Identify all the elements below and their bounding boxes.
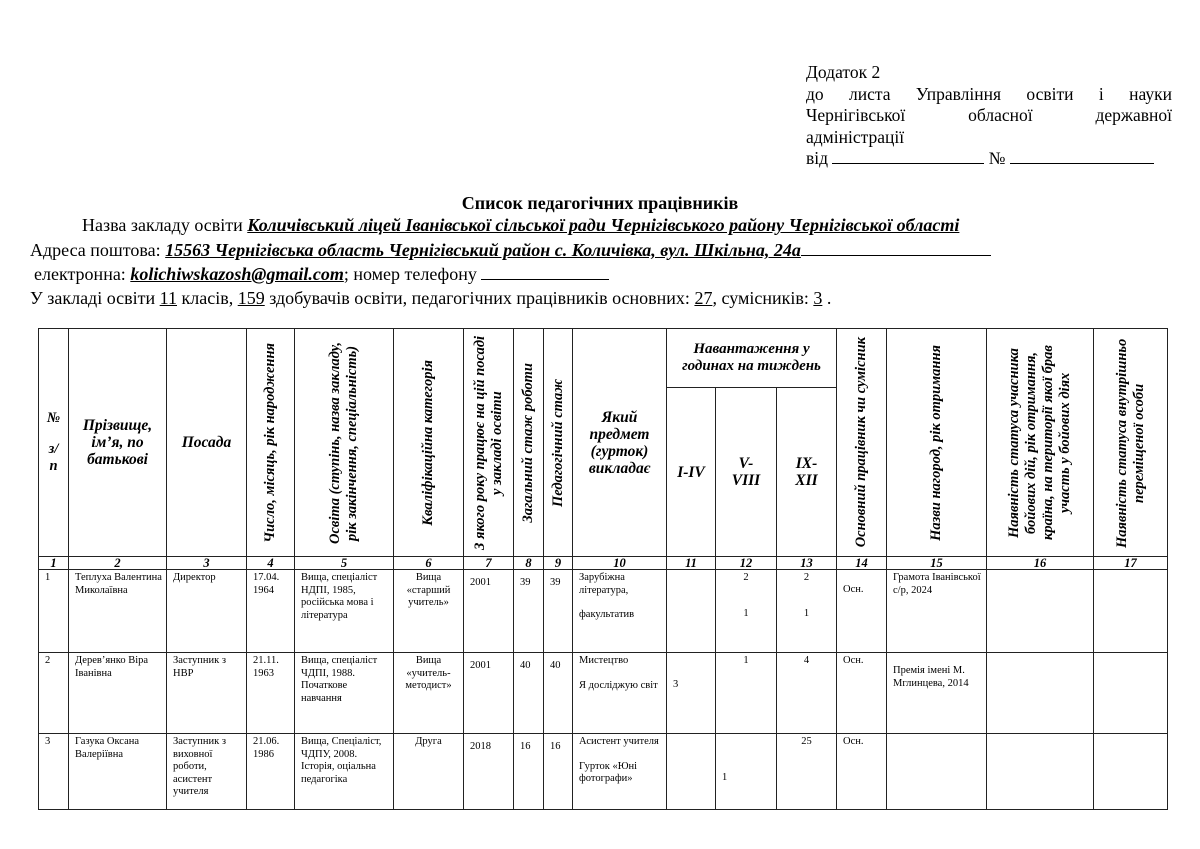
cell-awards: Премія імені М. Мглинцева, 2014 bbox=[887, 653, 987, 734]
cell-load-1-4-b: 3 bbox=[673, 679, 711, 692]
header-num-b: з/ bbox=[39, 441, 68, 458]
cell-education: Вища, Спеціаліст, ЧДПУ, 2008. Історія, о… bbox=[295, 734, 394, 810]
column-number: 13 bbox=[777, 557, 837, 570]
appendix-line-2: Чернігівської обласної державної bbox=[806, 105, 1172, 127]
cell-name: Дерев’янко Віра Іванівна bbox=[69, 653, 167, 734]
cell-load-1-4-a bbox=[669, 572, 713, 596]
cell-position: Заступник з виховної роботи, асистент уч… bbox=[167, 734, 247, 810]
cell-since-year: 2001 bbox=[464, 570, 514, 653]
cell-ped-exp: 39 bbox=[544, 570, 573, 653]
cell-total-exp: 40 bbox=[514, 653, 544, 734]
cell-position: Заступник з НВР bbox=[167, 653, 247, 734]
header-birth-text: Число, місяць, рік народження bbox=[262, 343, 279, 543]
header-name-text: Прізвище, ім’я, по батькові bbox=[69, 417, 166, 468]
header-idp: Наявність статуса внутрішньо переміщеної… bbox=[1094, 329, 1168, 557]
header-idp-text: Наявність статуса внутрішньо переміщеної… bbox=[1114, 332, 1148, 554]
cell-idp bbox=[1094, 734, 1168, 810]
students-label: здобувачів освіти, педагогічних працівни… bbox=[269, 288, 690, 308]
cell-load-1-4: 3 bbox=[667, 653, 716, 734]
subject-primary: Зарубіжна література, bbox=[579, 572, 662, 597]
students-count: 159 bbox=[238, 288, 265, 308]
cell-load-1-4 bbox=[667, 570, 716, 653]
column-number: 16 bbox=[987, 557, 1094, 570]
cell-name: Газука Оксана Валеріївна bbox=[69, 734, 167, 810]
header-num: № з/ п bbox=[39, 329, 69, 557]
header-education: Освіта (ступінь, назва закладу, рік закі… bbox=[295, 329, 394, 557]
header-num-a: № bbox=[39, 410, 68, 427]
header-awards-text: Назви нагород, рік отримання bbox=[928, 345, 945, 541]
cell-load-9-12-a: 4 bbox=[779, 655, 834, 679]
header-load-1-4: I-IV bbox=[667, 388, 716, 557]
email-link[interactable]: kolichiwskazosh@gmail.com bbox=[130, 264, 344, 284]
cell-load-5-8-a: 1 bbox=[718, 655, 774, 679]
header-birth: Число, місяць, рік народження bbox=[247, 329, 295, 557]
appendix-block: Додаток 2 до листа Управління освіти і н… bbox=[806, 62, 1172, 170]
column-numbers-row: 1234567891011121314151617 bbox=[39, 557, 1168, 570]
cell-load-9-12-a: 25 bbox=[779, 736, 834, 760]
column-number: 10 bbox=[573, 557, 667, 570]
header-ped-exp-text: Педагогічний стаж bbox=[550, 379, 567, 507]
header-position: Посада bbox=[167, 329, 247, 557]
header-row: № з/ п Прізвище, ім’я, по батькові Посад… bbox=[39, 329, 1168, 388]
header-main-or-part: Основний працівник чи сумісник bbox=[837, 329, 887, 557]
postal-line: Адреса поштова: 15563 Чернігівська облас… bbox=[30, 240, 991, 261]
cell-ped-exp: 16 bbox=[544, 734, 573, 810]
cell-load-5-8: 1 bbox=[716, 653, 777, 734]
cell-category: Друга bbox=[394, 734, 464, 810]
cell-idp bbox=[1094, 653, 1168, 734]
cell-load-1-4-a bbox=[673, 655, 711, 679]
cell-category: Вища «учитель-методист» bbox=[394, 653, 464, 734]
from-label: від bbox=[806, 148, 828, 168]
header-load-9-12: IX-XII bbox=[777, 388, 837, 557]
header-since-year: З якого року працює на цій посаді у закл… bbox=[464, 329, 514, 557]
date-blank bbox=[832, 148, 984, 164]
column-number: 2 bbox=[69, 557, 167, 570]
table-row: 2Дерев’янко Віра ІванівнаЗаступник з НВР… bbox=[39, 653, 1168, 734]
postal-label: Адреса поштова: bbox=[30, 240, 161, 260]
column-number: 12 bbox=[716, 557, 777, 570]
table-row: 3Газука Оксана ВалеріївнаЗаступник з вих… bbox=[39, 734, 1168, 810]
cell-load-1-4 bbox=[667, 734, 716, 810]
number-label: № bbox=[989, 148, 1006, 168]
table-row: 1Теплуха Валентина МиколаївнаДиректор17.… bbox=[39, 570, 1168, 653]
cell-education: Вища, спеціаліст НДПІ, 1985, російська м… bbox=[295, 570, 394, 653]
number-blank bbox=[1010, 148, 1154, 164]
appendix-line-3: адміністрації bbox=[806, 127, 1172, 149]
column-number: 15 bbox=[887, 557, 987, 570]
cell-birth: 17.04. 1964 bbox=[247, 570, 295, 653]
stats-line: У закладі освіти 11 класів, 159 здобувач… bbox=[30, 288, 831, 309]
table-body: 1Теплуха Валентина МиколаївнаДиректор17.… bbox=[39, 570, 1168, 810]
header-subject: Який предмет (гурток) викладає bbox=[573, 329, 667, 557]
cell-load-9-12-a: 2 bbox=[779, 572, 834, 596]
cell-load-5-8-b: 1 bbox=[718, 608, 774, 621]
postal-address: 15563 Чернігівська область Чернігівський… bbox=[165, 240, 801, 260]
column-number: 7 bbox=[464, 557, 514, 570]
header-ped-exp: Педагогічний стаж bbox=[544, 329, 573, 557]
header-total-exp-text: Загальний стаж роботи bbox=[520, 363, 537, 523]
column-number: 8 bbox=[514, 557, 544, 570]
cell-combatant bbox=[987, 653, 1094, 734]
appendix-line-1: до листа Управління освіти і науки bbox=[806, 84, 1172, 106]
header-combatant-text: Наявність статуса учасника бойових дій, … bbox=[1006, 332, 1074, 554]
postal-blank bbox=[801, 240, 991, 256]
cell-awards bbox=[887, 734, 987, 810]
cell-awards: Грамота Іванівської с/р, 2024 bbox=[887, 570, 987, 653]
cell-num: 2 bbox=[39, 653, 69, 734]
cell-load-5-8-a bbox=[722, 736, 772, 760]
institution-name: Количівський ліцей Іванівської сільської… bbox=[247, 215, 959, 235]
header-position-text: Посада bbox=[167, 434, 246, 451]
column-number: 5 bbox=[295, 557, 394, 570]
subject-primary: Мистецтво bbox=[579, 655, 662, 668]
cell-load-5-8-b: 1 bbox=[722, 772, 772, 785]
column-number: 17 bbox=[1094, 557, 1168, 570]
cell-num: 1 bbox=[39, 570, 69, 653]
document-title: Список педагогічних працівників bbox=[0, 193, 1200, 214]
classes-label: класів, bbox=[182, 288, 234, 308]
header-load-5-8: V-VIII bbox=[716, 388, 777, 557]
cell-load-5-8: 1 bbox=[716, 734, 777, 810]
cell-total-exp: 39 bbox=[514, 570, 544, 653]
header-subject-text: Який предмет (гурток) викладає bbox=[573, 409, 666, 477]
cell-birth: 21.06. 1986 bbox=[247, 734, 295, 810]
header-load-group-text: Навантаження у годинах на тиждень bbox=[667, 341, 836, 375]
cell-subject: Зарубіжна література,факультатив bbox=[573, 570, 667, 653]
cell-load-5-8-a: 2 bbox=[718, 572, 774, 596]
cell-load-9-12: 21 bbox=[777, 570, 837, 653]
subject-primary: Асистент учителя bbox=[579, 736, 662, 749]
column-number: 3 bbox=[167, 557, 247, 570]
staff-table: № з/ п Прізвище, ім’я, по батькові Посад… bbox=[38, 328, 1168, 810]
cell-since-year: 2001 bbox=[464, 653, 514, 734]
phone-label: ; номер телефону bbox=[344, 264, 477, 284]
header-total-exp: Загальний стаж роботи bbox=[514, 329, 544, 557]
header-category: Кваліфікаційна категорія bbox=[394, 329, 464, 557]
header-since-year-text: З якого року працює на цій посаді у закл… bbox=[472, 332, 506, 554]
header-name: Прізвище, ім’я, по батькові bbox=[69, 329, 167, 557]
main-staff-count: 27 bbox=[694, 288, 712, 308]
cell-num: 3 bbox=[39, 734, 69, 810]
cell-load-9-12: 4 bbox=[777, 653, 837, 734]
phone-blank bbox=[481, 264, 609, 280]
cell-birth: 21.11. 1963 bbox=[247, 653, 295, 734]
cell-subject: МистецтвоЯ досліджую світ bbox=[573, 653, 667, 734]
stats-prefix: У закладі освіти bbox=[30, 288, 155, 308]
header-education-text: Освіта (ступінь, назва закладу, рік закі… bbox=[327, 332, 361, 554]
header-category-text: Кваліфікаційна категорія bbox=[420, 360, 437, 526]
header-awards: Назви нагород, рік отримання bbox=[887, 329, 987, 557]
appendix-title: Додаток 2 bbox=[806, 62, 1172, 84]
cell-main-or-part: Осн. bbox=[837, 570, 887, 653]
cell-education: Вища, спеціаліст ЧДПІ, 1988. Початкове н… bbox=[295, 653, 394, 734]
cell-combatant bbox=[987, 570, 1094, 653]
email-line: електронна: kolichiwskazosh@gmail.com; н… bbox=[34, 264, 609, 285]
email-label: електронна: bbox=[34, 264, 126, 284]
header-num-c: п bbox=[39, 458, 68, 475]
header-load-group: Навантаження у годинах на тиждень bbox=[667, 329, 837, 388]
cell-main-or-part: Осн. bbox=[837, 653, 887, 734]
subject-secondary: факультатив bbox=[579, 609, 662, 622]
cell-ped-exp: 40 bbox=[544, 653, 573, 734]
cell-load-5-8: 21 bbox=[716, 570, 777, 653]
column-number: 14 bbox=[837, 557, 887, 570]
header-combatant: Наявність статуса учасника бойових дій, … bbox=[987, 329, 1094, 557]
institution-label: Назва закладу освіти bbox=[82, 215, 243, 235]
column-number: 6 bbox=[394, 557, 464, 570]
column-number: 11 bbox=[667, 557, 716, 570]
cell-load-9-12: 25 bbox=[777, 734, 837, 810]
stats-suffix: . bbox=[827, 288, 832, 308]
column-number: 9 bbox=[544, 557, 573, 570]
classes-count: 11 bbox=[160, 288, 177, 308]
part-time-label: , сумісників: bbox=[712, 288, 808, 308]
appendix-date-number: від № bbox=[806, 148, 1172, 170]
subject-secondary: Я досліджую світ bbox=[579, 680, 662, 693]
cell-name: Теплуха Валентина Миколаївна bbox=[69, 570, 167, 653]
cell-idp bbox=[1094, 570, 1168, 653]
cell-total-exp: 16 bbox=[514, 734, 544, 810]
cell-subject: Асистент учителяГурток «Юні фотографи» bbox=[573, 734, 667, 810]
cell-position: Директор bbox=[167, 570, 247, 653]
column-number: 4 bbox=[247, 557, 295, 570]
cell-load-1-4-a bbox=[669, 736, 713, 760]
column-number: 1 bbox=[39, 557, 69, 570]
cell-since-year: 2018 bbox=[464, 734, 514, 810]
header-main-or-part-text: Основний працівник чи сумісник bbox=[853, 337, 870, 547]
cell-combatant bbox=[987, 734, 1094, 810]
part-time-count: 3 bbox=[813, 288, 822, 308]
cell-category: Вища «старший учитель» bbox=[394, 570, 464, 653]
subject-secondary: Гурток «Юні фотографи» bbox=[579, 761, 662, 786]
cell-load-9-12-b: 1 bbox=[779, 608, 834, 621]
cell-main-or-part: Осн. bbox=[837, 734, 887, 810]
institution-line: Назва закладу освіти Количівський ліцей … bbox=[82, 215, 959, 236]
